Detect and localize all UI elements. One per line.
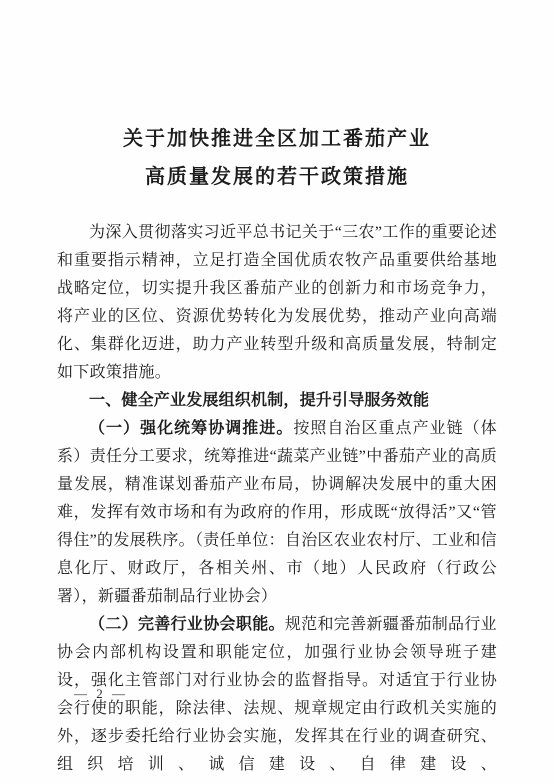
document-page: 关于加快推进全区加工番茄产业 高质量发展的若干政策措施 为深入贯彻落实习近平总书… (0, 0, 554, 784)
page-number: — 2 — (74, 686, 128, 702)
body-paragraph: （一）强化统筹协调推进。按照自治区重点产业链（体系）责任分工要求，统筹推进“蔬菜… (57, 415, 497, 611)
section-heading: 一、健全产业发展组织机制，提升引导服务效能 (57, 387, 497, 415)
paragraph-lead: （一）强化统筹协调推进。 (89, 420, 293, 437)
title-line-1: 关于加快推进全区加工番茄产业 (0, 120, 554, 158)
paragraph-lead: （二）完善行业协会职能。 (89, 616, 285, 633)
body-paragraph: 为深入贯彻落实习近平总书记关于“三农”工作的重要论述和重要指示精神，立足打造全国… (57, 219, 497, 387)
document-title: 关于加快推进全区加工番茄产业 高质量发展的若干政策措施 (0, 120, 554, 196)
title-line-2: 高质量发展的若干政策措施 (0, 158, 554, 196)
